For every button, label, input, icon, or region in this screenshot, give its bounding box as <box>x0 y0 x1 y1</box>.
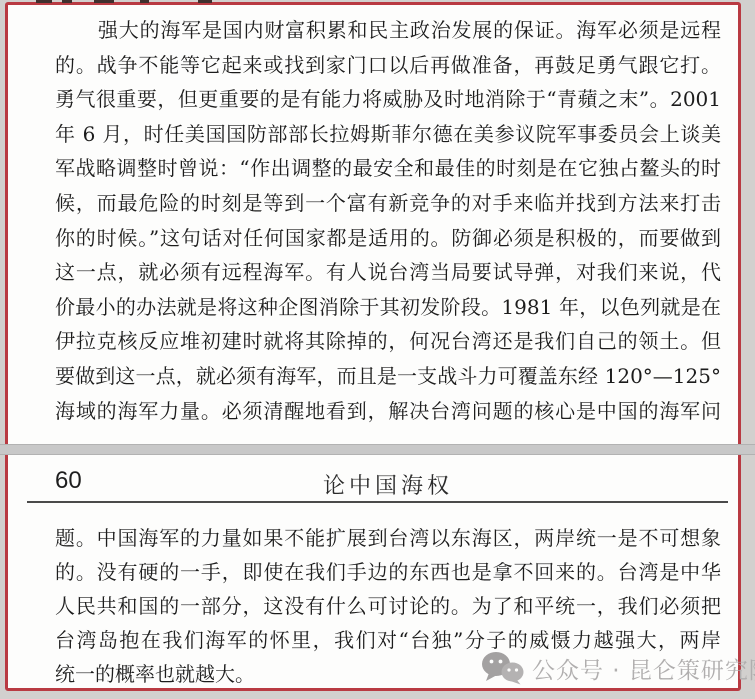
page-gap-divider <box>0 444 755 455</box>
body-text-line: 强大的海军是国内财富积累和民主政治发展的保证。海军必须是远程 <box>55 13 721 48</box>
body-text-line: 要做到这一点，就必须有海军，而且是一支战斗力可覆盖东经 120°—125° <box>55 359 721 394</box>
watermark: 公众号 · 昆仑策研究院 <box>482 651 755 685</box>
page-header: 60 论中国海权 <box>55 465 721 497</box>
body-text-line: 你的时候。”这句话对任何国家都是适用的。防御必须是积极的，而要做到 <box>55 221 721 256</box>
body-text-line: 军战略调整时曾说：“作出调整的最安全和最佳的时刻是在它独占鳌头的时 <box>55 151 721 186</box>
body-text-line: 年 6 月，时任美国国防部部长拉姆斯菲尔德在美参议院军事委员会上谈美 <box>55 117 721 152</box>
header-rule <box>27 501 728 503</box>
body-text-line: 这一点，就必须有远程海军。有人说台湾当局要试导弹，对我们来说，代 <box>55 255 721 290</box>
body-text-line: 伊拉克核反应堆初建时就将其除掉的，何况台湾还是我们自己的领土。但 <box>55 324 721 359</box>
body-text-line: 海域的海军力量。必须清醒地看到，解决台湾问题的核心是中国的海军问 <box>55 394 721 429</box>
body-text-line: 勇气很重要，但更重要的是有能力将威胁及时地消除于“青蘋之末”。2001 <box>55 82 721 117</box>
page-top-text-block: 强大的海军是国内财富积累和民主政治发展的保证。海军必须是远程 的。战争不能等它起… <box>55 13 721 428</box>
body-text-line: 候，而最危险的时刻是等到一个富有新竞争的对手来临并找到方法来打击 <box>55 186 721 221</box>
body-text-line: 的。没有硬的一手，即使在我们手边的东西也是拿不回来的。台湾是中华 <box>55 555 721 589</box>
body-text-line: 人民共和国的一部分，这没有什么可讨论的。为了和平统一，我们必须把 <box>55 589 721 623</box>
watermark-text: 公众号 · 昆仑策研究院 <box>532 652 755 685</box>
cropped-text-remnant <box>0 0 755 4</box>
book-title: 论中国海权 <box>55 469 721 500</box>
body-text-line: 题。中国海军的力量如果不能扩展到台湾以东海区，两岸统一是不可想象 <box>55 521 721 555</box>
wechat-icon <box>482 651 524 685</box>
body-text-line: 价最小的办法就是将这种企图消除于其初发阶段。1981 年，以色列就是在 <box>55 290 721 325</box>
body-text-line: 的。战争不能等它起来或找到家门口以后再做准备，再鼓足勇气跟它打。 <box>55 48 721 83</box>
